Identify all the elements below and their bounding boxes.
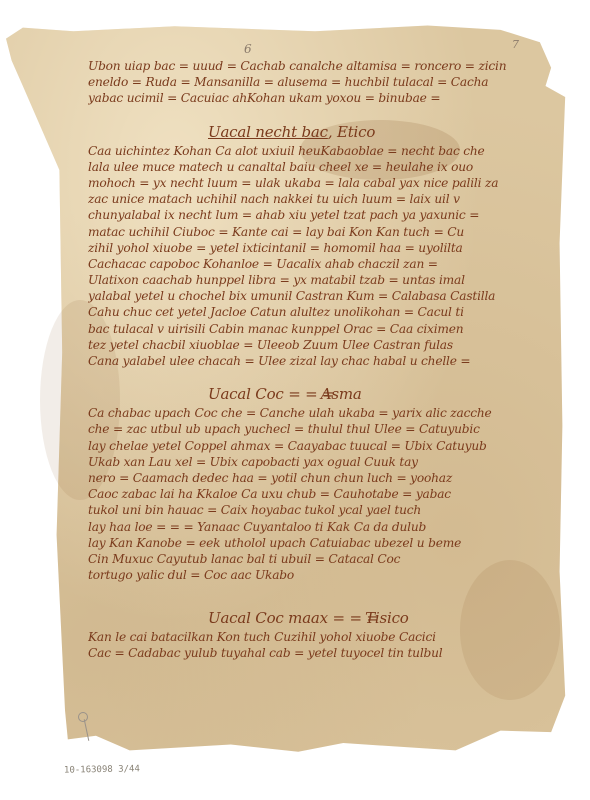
text-line: Cana yalabel ulee chacah = Ulee zizal la…: [88, 353, 558, 369]
intro-line: Ubon uiap bac = uuud = Cachab canalche a…: [88, 58, 558, 74]
section-subtitle: Asma: [321, 385, 362, 403]
text-line: tukol uni bin hauac = Caix hoyabac tukol…: [88, 502, 558, 518]
text-line: lay haa loe = = = Yanaac Cuyantaloo ti K…: [88, 519, 558, 535]
ditto-marks: = = =: [288, 383, 316, 405]
text-line: Cac = Cadabac yulub tuyahal cab = yetel …: [88, 645, 558, 661]
section-title: Uacal Coc: [208, 385, 284, 403]
text-line: lay chelae yetel Coppel ahmax = Caayabac…: [88, 438, 558, 454]
text-line: Caa uichintez Kohan Ca alot uxiuil heuKa…: [88, 143, 558, 159]
catalog-number: 10-163098 3/44: [64, 764, 140, 775]
section-title: Uacal Coc maax: [208, 609, 328, 627]
text-line: Ulatixon caachab hunppel libra = yx mata…: [88, 272, 558, 288]
text-line: Kan le cai batacilkan Kon tuch Cuzihil y…: [88, 629, 558, 645]
section-title: Uacal necht bac: [208, 123, 328, 141]
text-line: Ca chabac upach Coc che = Canche ulah uk…: [88, 405, 558, 421]
text-line: tez yetel chacbil xiuoblae = Uleeob Zuum…: [88, 337, 558, 353]
text-line: yalabal yetel u chochel bix umunil Castr…: [88, 288, 558, 304]
text-line: Cahu chuc cet yetel Jacloe Catun alultez…: [88, 304, 558, 320]
section-subtitle: Tisico: [365, 609, 409, 627]
text-line: zihil yohol xiuobe = yetel ixticintanil …: [88, 240, 558, 256]
text-line: che = zac utbul ub upach yuchecl = thulu…: [88, 421, 558, 437]
page-number-center: 6: [244, 42, 252, 56]
text-line: nero = Caamach dedec haa = yotil chun ch…: [88, 470, 558, 486]
text-line: tortugo yalic dul = Coc aac Ukabo: [88, 567, 558, 583]
section-subtitle: Etico: [337, 123, 375, 141]
text-line: Ukab xan Lau xel = Ubix capobacti yax og…: [88, 454, 558, 470]
text-line: bac tulacal v uirisili Cabin manac kunpp…: [88, 321, 558, 337]
text-line: Caoc zabac lai ha Kkaloe Ca uxu chub = C…: [88, 486, 558, 502]
text-line: mohoch = yx necht luum = ulak ukaba = la…: [88, 175, 558, 191]
text-line: zac unice matach uchihil nach nakkei tu …: [88, 191, 558, 207]
text-line: chunyalabal ix necht lum = ahab xiu yete…: [88, 207, 558, 223]
ditto-marks: = = =: [333, 607, 361, 629]
text-line: Cachacac capoboc Kohanloe = Uacalix ahab…: [88, 256, 558, 272]
section-heading: Uacal Coc = = = Asma: [88, 383, 558, 405]
text-line: Cin Muxuc Cayutub lanac bal ti ubuil = C…: [88, 551, 558, 567]
manuscript-text: Ubon uiap bac = uuud = Cachab canalche a…: [88, 58, 558, 662]
intro-line: yabac ucimil = Cacuiac ahKohan ukam yoxo…: [88, 90, 558, 106]
intro-line: eneldo = Ruda = Mansanilla = alusema = h…: [88, 74, 558, 90]
section-heading: Uacal Coc maax = = = Tisico: [88, 607, 558, 629]
text-line: lala ulee muce matech u canaltal baiu ch…: [88, 159, 558, 175]
text-line: lay Kan Kanobe = eek utholol upach Catui…: [88, 535, 558, 551]
section-heading: Uacal necht bac, Etico: [88, 121, 558, 143]
text-line: matac uchihil Ciuboc = Kante cai = lay b…: [88, 224, 558, 240]
page-number-right: 7: [512, 38, 519, 51]
